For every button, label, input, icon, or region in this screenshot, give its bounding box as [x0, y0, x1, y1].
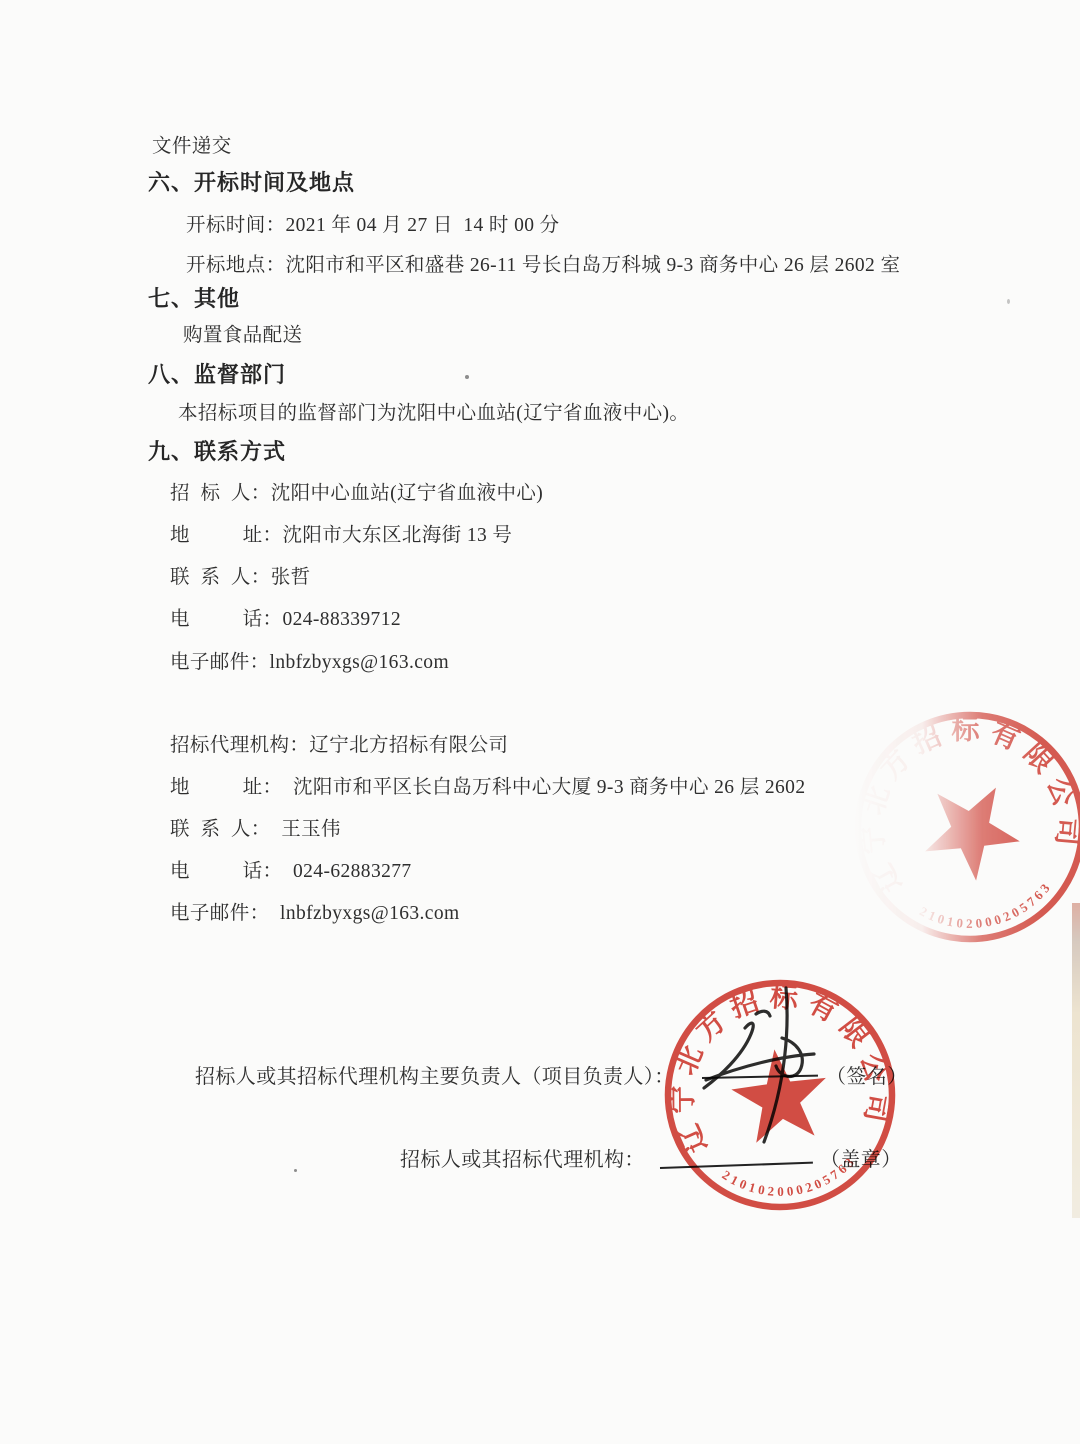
section-7-body: 购置食品配送	[183, 319, 302, 347]
scan-edge-artifact	[1072, 903, 1080, 1218]
tenderer-phone-line: 电 话：024-88339712	[170, 603, 401, 631]
tenderer-address-line: 地 址：沈阳市大东区北海街 13 号	[170, 519, 512, 547]
scan-speck	[465, 375, 469, 379]
agency-address-line: 地 址： 沈阳市和平区长白岛万科中心大厦 9-3 商务中心 26 层 2602	[170, 771, 805, 799]
star-icon	[902, 762, 1033, 893]
agency-phone-line: 电 话： 024-62883277	[170, 855, 412, 883]
handwritten-signature	[690, 980, 870, 1150]
section-8-body: 本招标项目的监督部门为沈阳中心血站(辽宁省血液中心)。	[178, 397, 689, 425]
agency-seal-label: 招标人或其招标代理机构：	[400, 1143, 645, 1172]
agency-name-line: 招标代理机构：辽宁北方招标有限公司	[170, 729, 508, 757]
partial-company-seal-stamp: 辽宁北方招标有限公司 210102000205763	[850, 707, 1080, 947]
agency-email-line: 电子邮件： lnbfzbyxgs@163.com	[170, 897, 460, 925]
section-6-heading: 六、开标时间及地点	[148, 166, 355, 197]
svg-text:辽宁北方招标有限公司: 辽宁北方招标有限公司	[850, 707, 1080, 900]
tenderer-contact-line: 联 系 人：张哲	[170, 561, 311, 589]
tenderer-name-line: 招 标 人：沈阳中心血站(辽宁省血液中心)	[170, 477, 543, 505]
agency-contact-line: 联 系 人： 王玉伟	[170, 813, 341, 841]
section-7-heading: 七、其他	[148, 282, 240, 313]
document-page: 文件递交 六、开标时间及地点 开标时间：2021 年 04 月 27 日 14 …	[0, 0, 1080, 1444]
scan-speck	[1007, 299, 1010, 304]
responsible-person-label: 招标人或其招标代理机构主要负责人（项目负责人）：	[195, 1060, 675, 1089]
seal-company-text: 辽宁北方招标有限公司	[850, 707, 1080, 900]
stray-text-line: 文件递交	[152, 130, 232, 158]
bid-opening-time-line: 开标时间：2021 年 04 月 27 日 14 时 00 分	[186, 209, 560, 237]
bid-opening-place-line: 开标地点：沈阳市和平区和盛巷 26-11 号长白岛万科城 9-3 商务中心 26…	[186, 249, 900, 277]
tenderer-email-line: 电子邮件：lnbfzbyxgs@163.com	[170, 646, 449, 674]
section-8-heading: 八、监督部门	[148, 358, 286, 389]
scan-speck	[294, 1169, 297, 1172]
section-9-heading: 九、联系方式	[148, 435, 286, 466]
